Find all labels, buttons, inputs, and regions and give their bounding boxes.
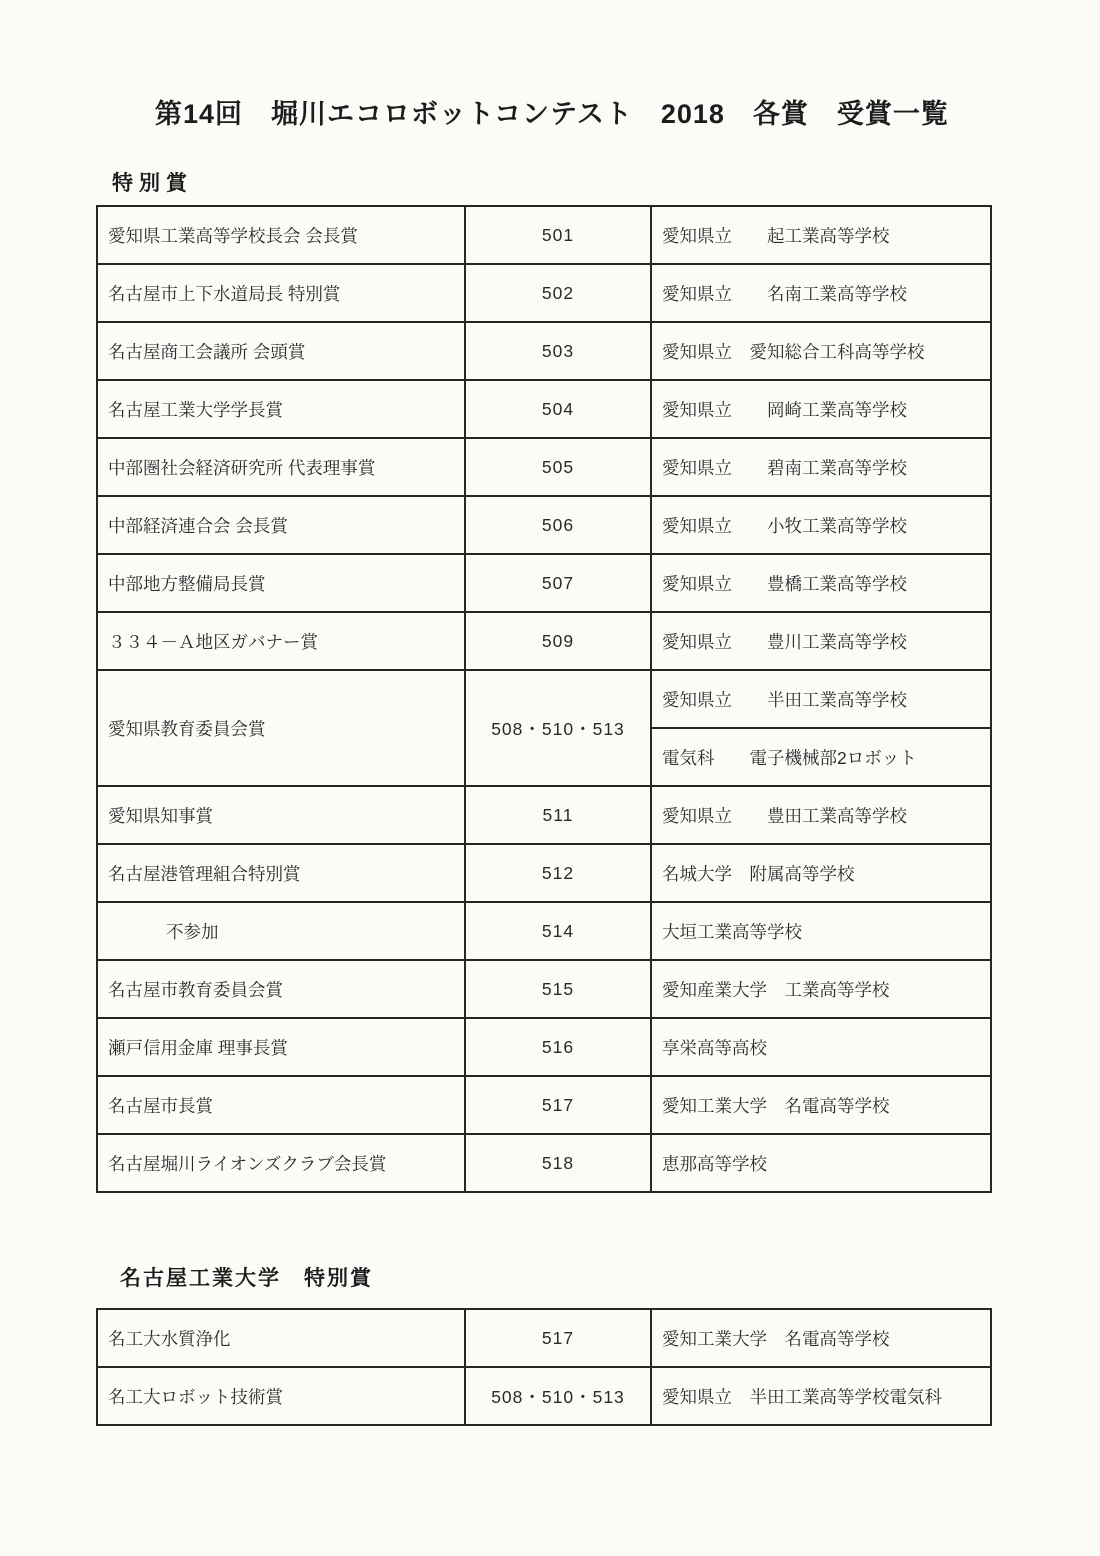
school-cell: 愛知県立 愛知総合工科高等学校 [651, 322, 991, 380]
school-cell: 名城大学 附属高等学校 [651, 844, 991, 902]
special-awards-table: 愛知県工業高等学校長会 会長賞 501 愛知県立 起工業高等学校 名古屋市上下水… [96, 205, 992, 1193]
entry-number-cell: 505 [465, 438, 651, 496]
school-cell: 恵那高等学校 [651, 1134, 991, 1192]
table-row: 中部地方整備局長賞 507 愛知県立 豊橋工業高等学校 [97, 554, 991, 612]
scanned-document-page: { "title": "第14回 堀川エコロボットコンテスト 2018 各賞 受… [0, 0, 1100, 1556]
table-row: 名古屋市長賞 517 愛知工業大学 名電高等学校 [97, 1076, 991, 1134]
page-title: 第14回 堀川エコロボットコンテスト 2018 各賞 受賞一覧 [155, 92, 949, 131]
entry-number-cell: 509 [465, 612, 651, 670]
award-cell: 不参加 [97, 902, 465, 960]
award-cell: 名古屋市長賞 [97, 1076, 465, 1134]
entry-number-cell: 508・510・513 [465, 670, 651, 786]
table-row: 中部経済連合会 会長賞 506 愛知県立 小牧工業高等学校 [97, 496, 991, 554]
award-cell: 瀬戸信用金庫 理事長賞 [97, 1018, 465, 1076]
school-cell: 愛知産業大学 工業高等学校 [651, 960, 991, 1018]
award-cell: 名古屋商工会議所 会頭賞 [97, 322, 465, 380]
school-cell: 愛知工業大学 名電高等学校 [651, 1076, 991, 1134]
entry-number-cell: 518 [465, 1134, 651, 1192]
award-cell: 中部圏社会経済研究所 代表理事賞 [97, 438, 465, 496]
award-cell: 愛知県教育委員会賞 [97, 670, 465, 786]
table-row: 不参加 514 大垣工業高等学校 [97, 902, 991, 960]
school-cell: 愛知県立 半田工業高等学校電気科 [651, 1367, 991, 1425]
school-cell: 愛知県立 小牧工業高等学校 [651, 496, 991, 554]
table-row: 名古屋堀川ライオンズクラブ会長賞 518 恵那高等学校 [97, 1134, 991, 1192]
table-row: 名古屋市教育委員会賞 515 愛知産業大学 工業高等学校 [97, 960, 991, 1018]
section-heading-special-award: 特別賞 [112, 167, 193, 197]
entry-number-cell: 517 [465, 1309, 651, 1367]
school-cell: 愛知県立 豊川工業高等学校 [651, 612, 991, 670]
table-row: 名古屋市上下水道局長 特別賞 502 愛知県立 名南工業高等学校 [97, 264, 991, 322]
award-cell: ３３４－Ａ地区ガバナー賞 [97, 612, 465, 670]
entry-number-cell: 507 [465, 554, 651, 612]
entry-number-cell: 503 [465, 322, 651, 380]
entry-number-cell: 515 [465, 960, 651, 1018]
school-cell: 愛知県立 豊田工業高等学校 [651, 786, 991, 844]
table-row: 名工大水質浄化 517 愛知工業大学 名電高等学校 [97, 1309, 991, 1367]
table-row: ３３４－Ａ地区ガバナー賞 509 愛知県立 豊川工業高等学校 [97, 612, 991, 670]
award-cell: 名古屋市教育委員会賞 [97, 960, 465, 1018]
table-row: 名古屋商工会議所 会頭賞 503 愛知県立 愛知総合工科高等学校 [97, 322, 991, 380]
school-cell: 享栄高等高校 [651, 1018, 991, 1076]
table-row: 愛知県知事賞 511 愛知県立 豊田工業高等学校 [97, 786, 991, 844]
table-row: 瀬戸信用金庫 理事長賞 516 享栄高等高校 [97, 1018, 991, 1076]
entry-number-cell: 504 [465, 380, 651, 438]
award-cell: 愛知県工業高等学校長会 会長賞 [97, 206, 465, 264]
award-cell: 名古屋市上下水道局長 特別賞 [97, 264, 465, 322]
school-cell: 愛知県立 豊橋工業高等学校 [651, 554, 991, 612]
table-row-merged-top: 愛知県教育委員会賞 508・510・513 愛知県立 半田工業高等学校 [97, 670, 991, 728]
award-cell: 名古屋港管理組合特別賞 [97, 844, 465, 902]
nitech-awards-table: 名工大水質浄化 517 愛知工業大学 名電高等学校 名工大ロボット技術賞 508… [96, 1308, 992, 1426]
table-row: 名工大ロボット技術賞 508・510・513 愛知県立 半田工業高等学校電気科 [97, 1367, 991, 1425]
entry-number-cell: 517 [465, 1076, 651, 1134]
table-row: 名古屋工業大学学長賞 504 愛知県立 岡崎工業高等学校 [97, 380, 991, 438]
award-cell: 中部地方整備局長賞 [97, 554, 465, 612]
entry-number-cell: 502 [465, 264, 651, 322]
school-cell: 愛知工業大学 名電高等学校 [651, 1309, 991, 1367]
entry-number-cell: 516 [465, 1018, 651, 1076]
award-cell: 中部経済連合会 会長賞 [97, 496, 465, 554]
school-cell: 愛知県立 碧南工業高等学校 [651, 438, 991, 496]
award-cell: 愛知県知事賞 [97, 786, 465, 844]
table-row: 中部圏社会経済研究所 代表理事賞 505 愛知県立 碧南工業高等学校 [97, 438, 991, 496]
school-cell: 愛知県立 起工業高等学校 [651, 206, 991, 264]
award-cell: 名古屋工業大学学長賞 [97, 380, 465, 438]
entry-number-cell: 511 [465, 786, 651, 844]
section-heading-nitech-special-award: 名古屋工業大学 特別賞 [120, 1262, 373, 1292]
entry-number-cell: 514 [465, 902, 651, 960]
award-cell: 名工大水質浄化 [97, 1309, 465, 1367]
school-detail-cell: 電気科 電子機械部2ロボット [651, 728, 991, 786]
entry-number-cell: 512 [465, 844, 651, 902]
table-row: 愛知県工業高等学校長会 会長賞 501 愛知県立 起工業高等学校 [97, 206, 991, 264]
award-cell: 名工大ロボット技術賞 [97, 1367, 465, 1425]
school-cell: 愛知県立 半田工業高等学校 [651, 670, 991, 728]
award-cell: 名古屋堀川ライオンズクラブ会長賞 [97, 1134, 465, 1192]
entry-number-cell: 508・510・513 [465, 1367, 651, 1425]
entry-number-cell: 506 [465, 496, 651, 554]
entry-number-cell: 501 [465, 206, 651, 264]
school-cell: 愛知県立 名南工業高等学校 [651, 264, 991, 322]
school-cell: 大垣工業高等学校 [651, 902, 991, 960]
school-cell: 愛知県立 岡崎工業高等学校 [651, 380, 991, 438]
table-row: 名古屋港管理組合特別賞 512 名城大学 附属高等学校 [97, 844, 991, 902]
